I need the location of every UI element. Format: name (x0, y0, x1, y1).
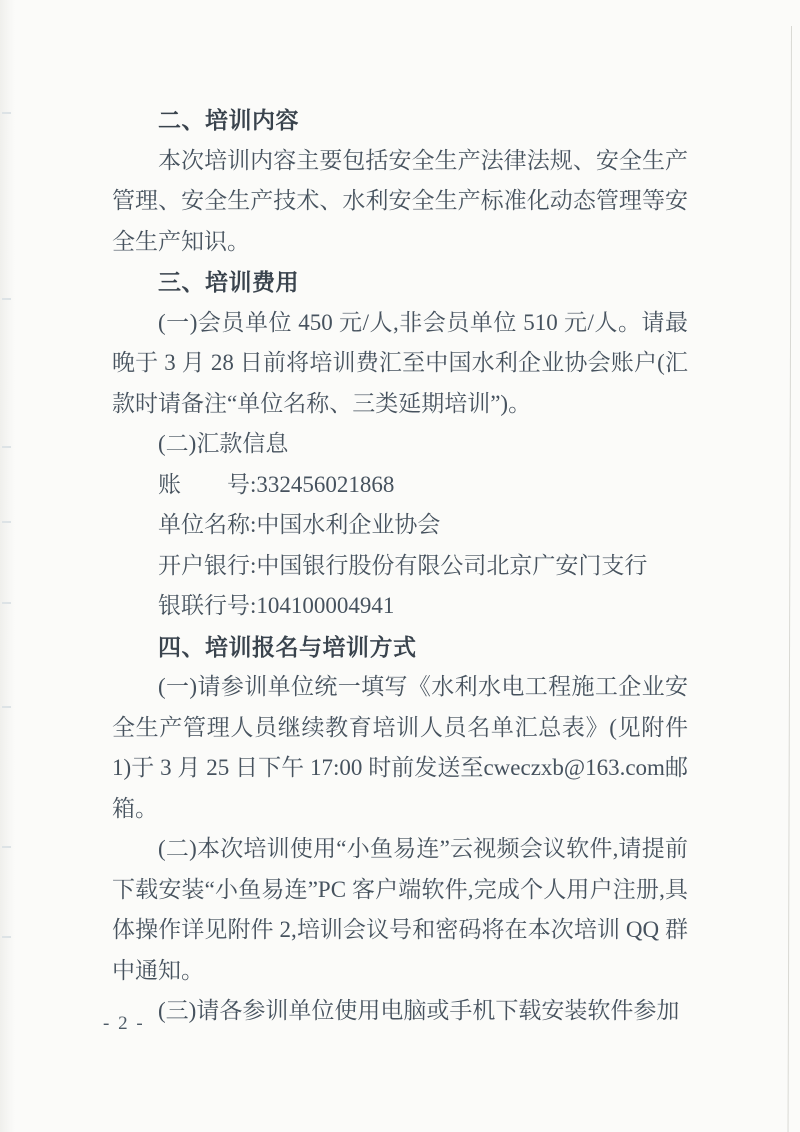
section-heading: 二、培训内容 (112, 100, 688, 141)
section-heading: 四、培训报名与培训方式 (112, 627, 688, 668)
page-number: - 2 - (103, 1013, 145, 1035)
paragraph: 本次培训内容主要包括安全生产法律法规、安全生产管理、安全生产技术、水利安全生产标… (112, 141, 688, 263)
scan-artifact-tick (2, 846, 11, 848)
scan-left-edge-shadow (0, 0, 15, 1132)
paragraph: (二)汇款信息 (112, 424, 688, 465)
paragraph: (一)请参训单位统一填写《水利水电工程施工企业安全生产管理人员继续教育培训人员名… (112, 667, 688, 829)
remittance-info-line: 开户银行:中国银行股份有限公司北京广安门支行 (112, 546, 688, 587)
scan-artifact-tick (2, 298, 11, 300)
scan-right-edge-line (788, 26, 792, 1132)
document-body: 二、培训内容本次培训内容主要包括安全生产法律法规、安全生产管理、安全生产技术、水… (112, 100, 688, 1032)
scan-artifact-tick (2, 936, 11, 938)
paragraph: (二)本次培训使用“小鱼易连”云视频会议软件,请提前下载安装“小鱼易连”PC 客… (112, 829, 688, 991)
scan-artifact-tick (2, 706, 11, 708)
scan-artifact-tick (2, 112, 11, 114)
paragraph: (三)请各参训单位使用电脑或手机下载安装软件参加 (112, 991, 688, 1032)
remittance-info-line: 账 号:332456021868 (112, 465, 688, 506)
remittance-info-line: 单位名称:中国水利企业协会 (112, 505, 688, 546)
section-heading: 三、培训费用 (112, 262, 688, 303)
scan-artifact-tick (2, 446, 11, 448)
scan-artifact-tick (2, 602, 11, 604)
scan-artifact-tick (2, 521, 11, 523)
paragraph: (一)会员单位 450 元/人,非会员单位 510 元/人。请最晚于 3 月 2… (112, 303, 688, 425)
remittance-info-line: 银联行号:104100004941 (112, 586, 688, 627)
